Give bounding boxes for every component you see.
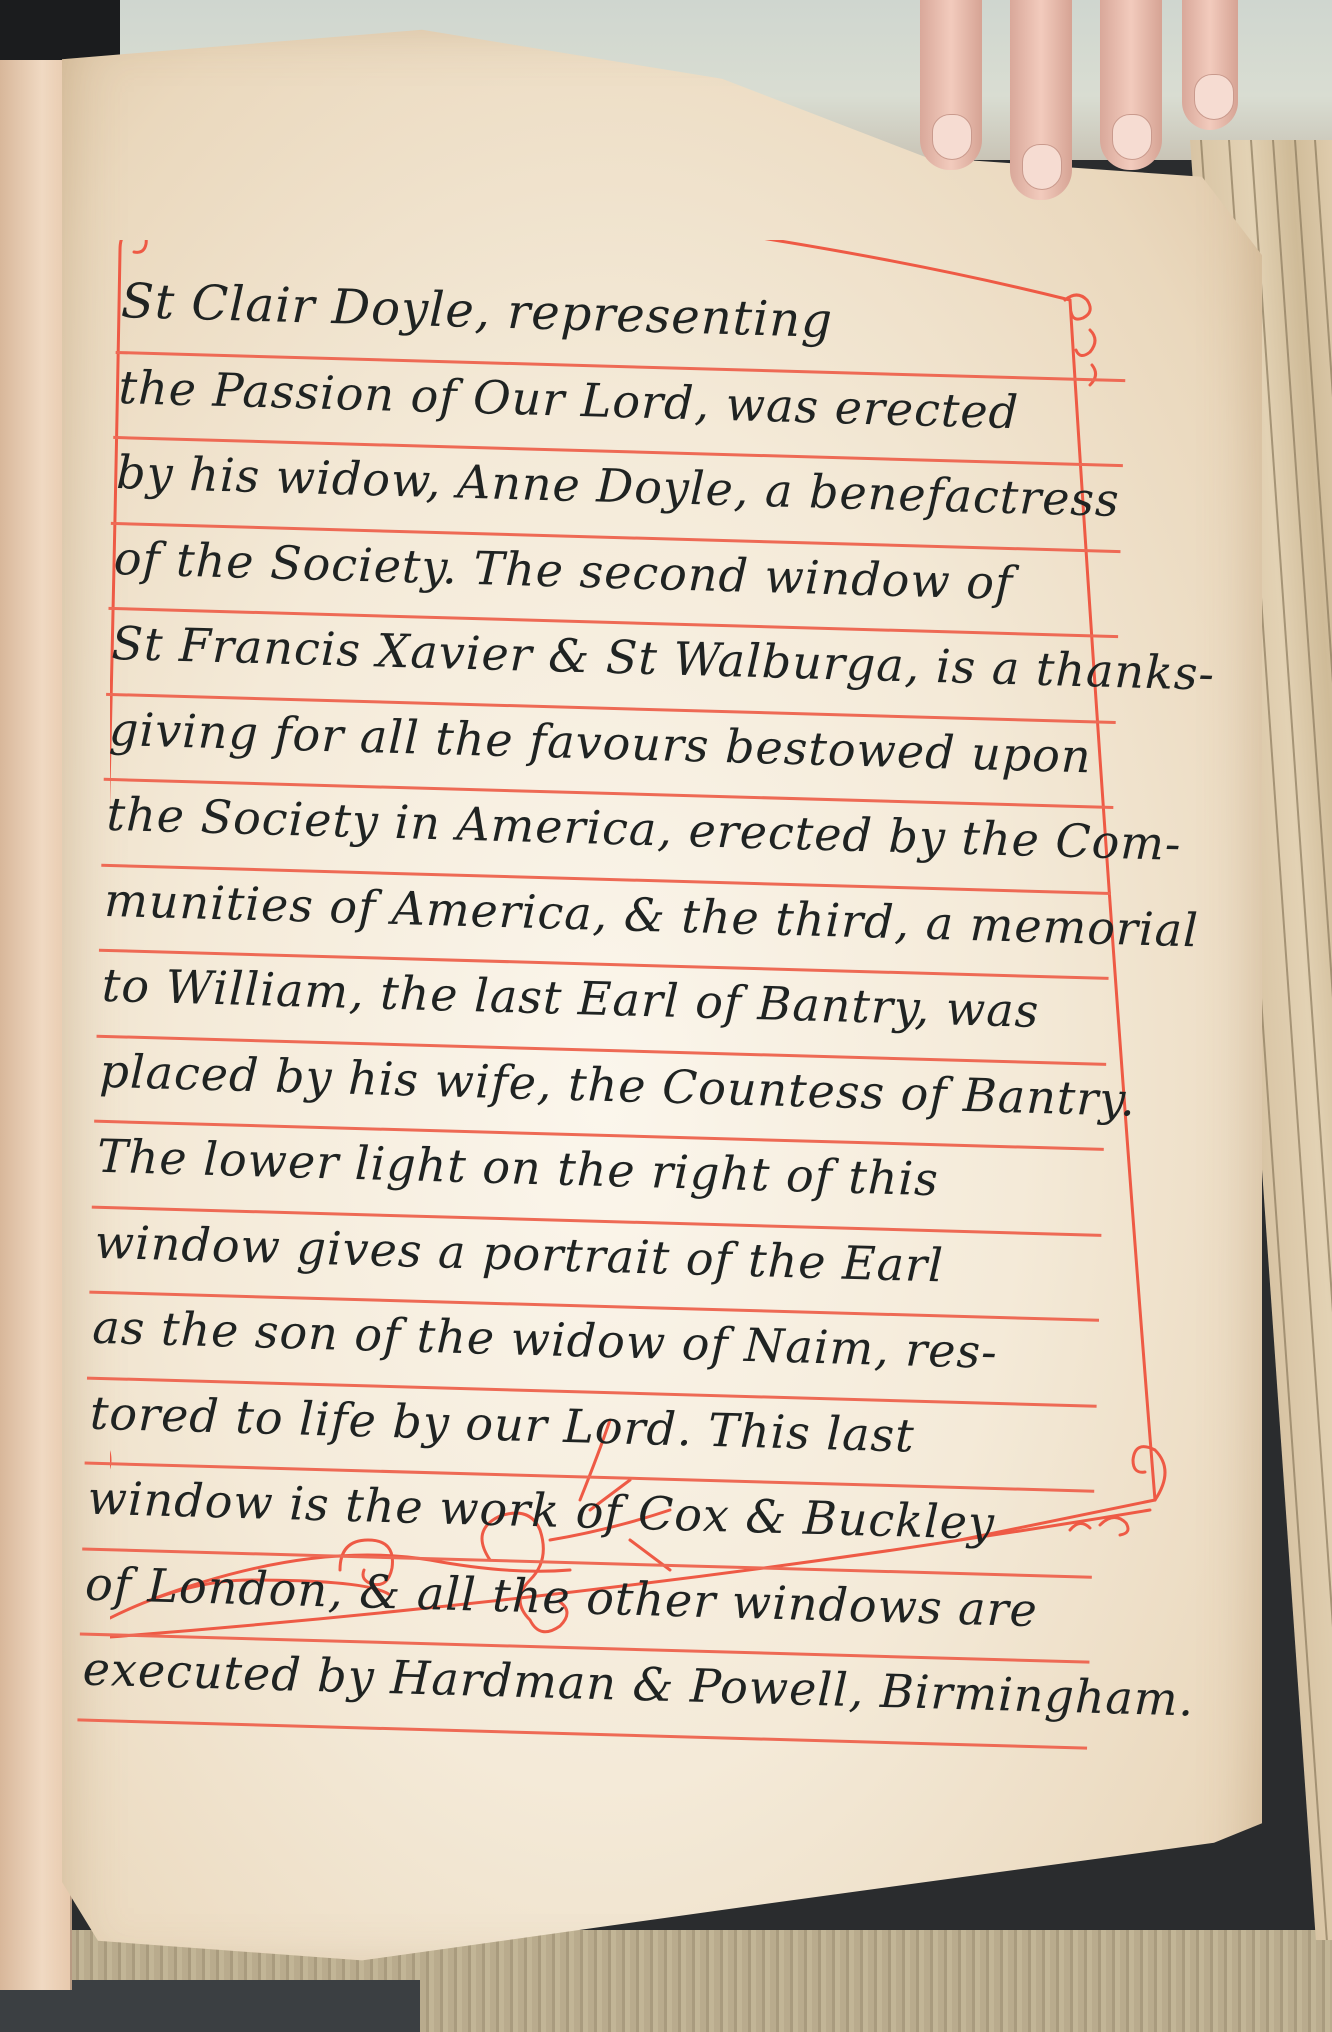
page-edge-line [1272,140,1332,1940]
fingernail [1194,74,1234,120]
fingernail [1112,114,1152,160]
left-page-edge [0,60,72,1990]
finger [920,0,982,170]
fingernail [1022,144,1062,190]
finger [1100,0,1162,170]
hand-holding-page [920,0,1300,200]
finger [1182,0,1238,130]
page-edge-line [1314,140,1332,1940]
finger [1010,0,1072,200]
manuscript-text: St Clair Doyle, representing the Passion… [77,268,1127,1749]
fingernail [932,114,972,160]
